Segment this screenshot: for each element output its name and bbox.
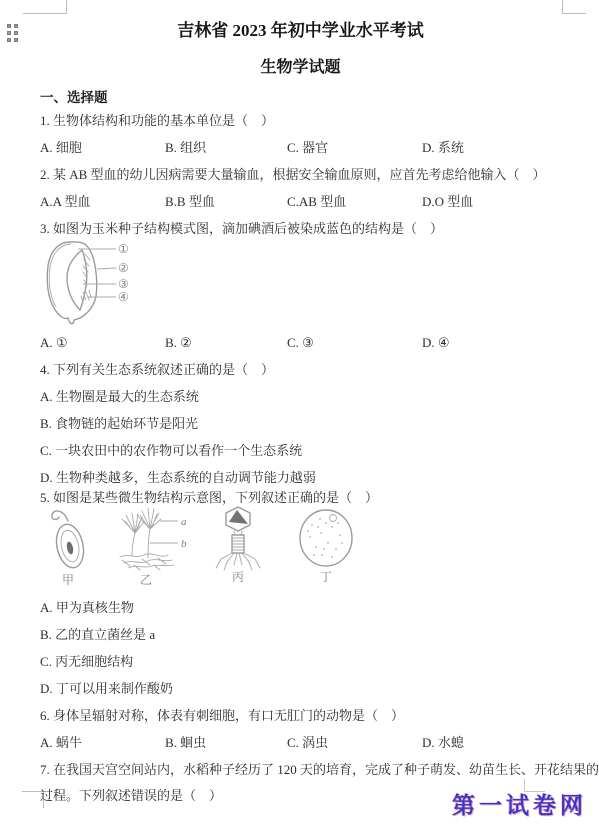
microbes-figure: 甲 a b 乙 丙 (40, 505, 561, 589)
seed-label-2: ② (118, 261, 129, 275)
question-1-options: A. 细胞 B. 组织 C. 器官 D. 系统 (40, 141, 561, 155)
question-5-option-a: A. 甲为真核生物 (40, 601, 561, 615)
corn-seed-figure: ① ② ③ ④ (40, 240, 561, 334)
option-a: A.A 型血 (40, 195, 165, 209)
option-b: B.B 型血 (165, 195, 287, 209)
microbes-diagram: 甲 a b 乙 丙 (40, 505, 380, 589)
question-1-stem: 1. 生物体结构和功能的基本单位是（ ） (40, 114, 561, 128)
option-c: C. 涡虫 (287, 736, 422, 750)
exam-subtitle: 生物学试题 (40, 58, 561, 78)
question-2-stem: 2. 某 AB 型血的幼儿因病需要大量输血，根据安全输血原则，应首先考虑给他输入… (40, 168, 561, 182)
option-d: D. ④ (422, 336, 561, 350)
option-a: A. ① (40, 336, 165, 350)
option-a: A. 细胞 (40, 141, 165, 155)
microbe-label-bing: 丙 (232, 570, 244, 584)
seed-label-1: ① (118, 242, 129, 256)
exam-document: 吉林省 2023 年初中学业水平考试 生物学试题 一、选择题 1. 生物体结构和… (0, 0, 599, 803)
watermark: 第一试卷网 (452, 787, 587, 820)
question-4-option-b: B. 食物链的起始环节是阳光 (40, 417, 561, 431)
question-5-option-c: C. 丙无细胞结构 (40, 655, 561, 669)
question-6-options: A. 蜗牛 B. 蛔虫 C. 涡虫 D. 水螅 (40, 736, 561, 750)
option-d: D. 水螅 (422, 736, 561, 750)
question-2-options: A.A 型血 B.B 型血 C.AB 型血 D.O 型血 (40, 195, 561, 209)
question-4-option-c: C. 一块农田中的农作物可以看作一个生态系统 (40, 444, 561, 458)
option-c: C. 器官 (287, 141, 422, 155)
question-6-stem: 6. 身体呈辐射对称，体表有刺细胞，有口无肛门的动物是（ ） (40, 709, 561, 723)
option-c: C.AB 型血 (287, 195, 422, 209)
section-heading: 一、选择题 (40, 90, 561, 106)
option-d: D. 系统 (422, 141, 561, 155)
option-b: B. 蛔虫 (165, 736, 287, 750)
question-5-option-d: D. 丁可以用来制作酸奶 (40, 682, 561, 696)
option-a: A. 蜗牛 (40, 736, 165, 750)
question-5-option-b: B. 乙的直立菌丝是 a (40, 628, 561, 642)
exam-title: 吉林省 2023 年初中学业水平考试 (40, 20, 561, 42)
option-b: B. ② (165, 336, 287, 350)
microbe-label-ding: 丁 (320, 570, 332, 584)
question-4-option-d: D. 生物种类越多，生态系统的自动调节能力越弱 (40, 471, 561, 485)
question-4-stem: 4. 下列有关生态系统叙述正确的是（ ） (40, 363, 561, 377)
option-c: C. ③ (287, 336, 422, 350)
question-3-stem: 3. 如图为玉米种子结构模式图，滴加碘酒后被染成蓝色的结构是（ ） (40, 222, 561, 236)
question-4-option-a: A. 生物圈是最大的生态系统 (40, 390, 561, 404)
page: { "header": { "title": "吉林省 2023 年初中学业水平… (0, 0, 599, 829)
microbe-label-yi: 乙 (140, 573, 152, 587)
corn-seed-diagram: ① ② ③ ④ (40, 240, 180, 334)
question-5-stem: 5. 如图是某些微生物结构示意图，下列叙述正确的是（ ） (40, 491, 561, 505)
mold-label-b: b (181, 538, 187, 550)
microbe-label-jia: 甲 (62, 573, 74, 587)
mold-label-a: a (181, 516, 187, 528)
question-3-options: A. ① B. ② C. ③ D. ④ (40, 336, 561, 350)
option-b: B. 组织 (165, 141, 287, 155)
seed-label-4: ④ (118, 290, 129, 304)
seed-label-3: ③ (118, 277, 129, 291)
question-7-stem-line-1: 7. 在我国天宫空间站内，水稻种子经历了 120 天的培育，完成了种子萌发、幼苗… (40, 763, 561, 777)
option-d: D.O 型血 (422, 195, 561, 209)
